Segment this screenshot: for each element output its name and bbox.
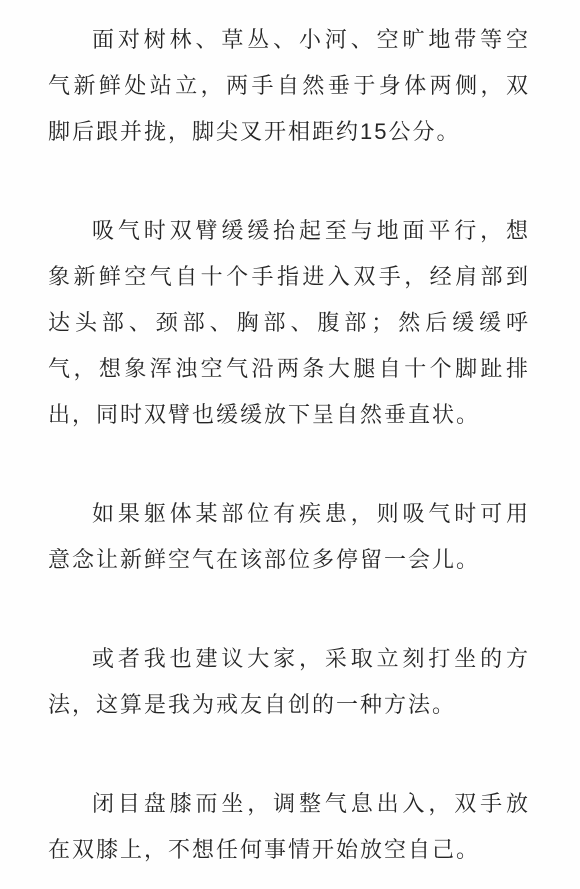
paragraph-4: 或者我也建议大家，采取立刻打坐的方 法，这算是我为戒友自创的一种方法。 [48,636,530,728]
text-line: 吸气时双臂缓缓抬起至与地面平行，想 [48,208,530,254]
text-line: 法，这算是我为戒友自创的一种方法。 [48,682,530,728]
text-line: 如果躯体某部位有疾患，则吸气时可用 [48,491,530,537]
text-line: 气新鲜处站立，两手自然垂于身体两侧，双 [48,63,530,109]
text-line: 面对树林、草丛、小河、空旷地带等空 [48,17,530,63]
text-line: 在双膝上，不想任何事情开始放空自己。 [48,827,530,873]
text-line: 脚后跟并拢，脚尖叉开相距约15公分。 [48,109,530,155]
article-page: 面对树林、草丛、小河、空旷地带等空 气新鲜处站立，两手自然垂于身体两侧，双 脚后… [0,0,580,889]
paragraph-5: 闭目盘膝而坐，调整气息出入，双手放 在双膝上，不想任何事情开始放空自己。 [48,781,530,873]
text-line: 达头部、颈部、胸部、腹部；然后缓缓呼 [48,300,530,346]
text-line: 象新鲜空气自十个手指进入双手，经肩部到 [48,254,530,300]
paragraph-2: 吸气时双臂缓缓抬起至与地面平行，想 象新鲜空气自十个手指进入双手，经肩部到 达头… [48,208,530,438]
text-line: 出，同时双臂也缓缓放下呈自然垂直状。 [48,392,530,438]
paragraph-3: 如果躯体某部位有疾患，则吸气时可用 意念让新鲜空气在该部位多停留一会儿。 [48,491,530,583]
text-line: 气，想象浑浊空气沿两条大腿自十个脚趾排 [48,346,530,392]
text-line: 意念让新鲜空气在该部位多停留一会儿。 [48,537,530,583]
text-line: 闭目盘膝而坐，调整气息出入，双手放 [48,781,530,827]
text-line: 或者我也建议大家，采取立刻打坐的方 [48,636,530,682]
paragraph-1: 面对树林、草丛、小河、空旷地带等空 气新鲜处站立，两手自然垂于身体两侧，双 脚后… [48,17,530,155]
